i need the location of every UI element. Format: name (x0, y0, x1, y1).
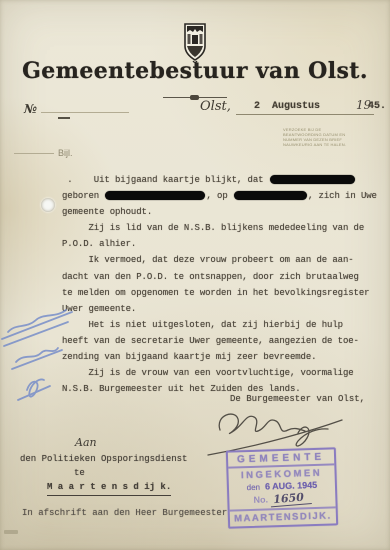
recipient-address-block: Aan den Politieken Opsporingsdienst te M… (20, 436, 190, 496)
body-text-segment: te melden om opgenomen te worden in het … (62, 288, 369, 298)
cc-note: In afschrift aan den Heer Burgemeester (22, 508, 227, 518)
body-line: zending van bijgaand kaartje mij zeer be… (62, 349, 378, 365)
enclosure-line: Bijl. (14, 148, 73, 158)
bijl-label: Bijl. (58, 148, 73, 158)
body-text-segment: geboren (62, 191, 104, 201)
no-symbol: № (24, 102, 37, 116)
body-line: geboren , op , zich in Uwe (62, 188, 378, 204)
dateline-place: Olst, (200, 99, 231, 114)
body-text-segment: , op (206, 191, 233, 201)
recipient-salutation: Aan (75, 436, 190, 449)
body-line: Het is niet uitgesloten, dat zij hierbij… (62, 317, 378, 333)
body-line: Ik vermoed, dat deze vrouw probeert om a… (62, 252, 378, 268)
letterhead-title: Gemeentebestuur van Olst. (0, 58, 390, 84)
body-line: . Uit bijgaand kaartje blijkt, dat (62, 172, 378, 188)
punch-hole (41, 198, 55, 212)
recipient-city: M a a r t e n s d ij k. (47, 480, 171, 496)
body-text-segment: P.O.D. alhier. (62, 239, 136, 249)
body-text-segment: . Uit bijgaand kaartje blijkt, dat (62, 175, 269, 185)
body-line: heeft van de secretarie Uwer gemeente, a… (62, 333, 378, 349)
printer-mark (4, 530, 18, 534)
body-text-segment: heeft van de secretarie Uwer gemeente, a… (62, 336, 359, 346)
body-line: P.O.D. alhier. (62, 236, 378, 252)
body-line: Zij is de vrouw van een voortvluchtige, … (62, 365, 378, 381)
body-text-segment: gemeente ophoudt. (62, 207, 152, 217)
recipient-service: den Politieken Opsporingsdienst (20, 452, 190, 466)
body-text-segment: Zij is lid van de N.S.B. blijkens medede… (62, 223, 364, 233)
body-text-segment: Ik vermoed, dat deze vrouw probeert om a… (62, 255, 354, 265)
stamp-place: MAARTENSDIJK. (230, 506, 336, 526)
body-text-segment: zending van bijgaand kaartje mij zeer be… (62, 352, 316, 362)
dateline: Olst, 2 Augustus 19 45. (200, 98, 380, 122)
reference-number-line: № (24, 100, 129, 118)
body-line: te melden om opgenomen te worden in het … (62, 285, 378, 301)
redaction-bar (270, 175, 355, 184)
stamp-no-value: 1650 (270, 490, 312, 507)
reply-reference-notice: VERZOEKE BIJ DE BEANTWOORDING DATUM EN N… (283, 127, 361, 147)
stamp-no-label: No. (253, 494, 268, 504)
stamp-den-label: den (247, 483, 261, 492)
body-line: Uwer gemeente. (62, 301, 378, 317)
dateline-year: 45. (368, 101, 386, 112)
recipient-te: te (74, 466, 190, 480)
body-line: Zij is lid van de N.S.B. blijkens medede… (62, 220, 378, 236)
dateline-day: 2 (254, 101, 260, 112)
body-line: gemeente ophoudt. (62, 204, 378, 220)
body-text-segment: Zij is de vrouw van een voortvluchtige, … (62, 368, 354, 378)
margin-annotation-pencil (0, 292, 78, 427)
redaction-bar (234, 191, 307, 200)
letter-body: . Uit bijgaand kaartje blijkt, dat gebor… (62, 172, 378, 397)
body-text-segment: dacht van den P.O.D. te ontsnappen, door… (62, 272, 359, 282)
body-text-segment: , zich in Uwe (308, 191, 377, 201)
body-text-segment: N.S.B. Burgemeester uit het Zuiden des l… (62, 384, 301, 394)
scanned-letter-page: Gemeentebestuur van Olst. № Olst, 2 Augu… (0, 0, 390, 550)
redaction-bar (105, 191, 205, 200)
body-text-segment: Het is niet uitgesloten, dat zij hierbij… (62, 320, 343, 330)
dateline-month: Augustus (272, 101, 320, 112)
received-stamp: GEMEENTE INGEKOMEN den6 AUG. 1945 No. 16… (226, 447, 338, 528)
body-line: dacht van den P.O.D. te ontsnappen, door… (62, 269, 378, 285)
